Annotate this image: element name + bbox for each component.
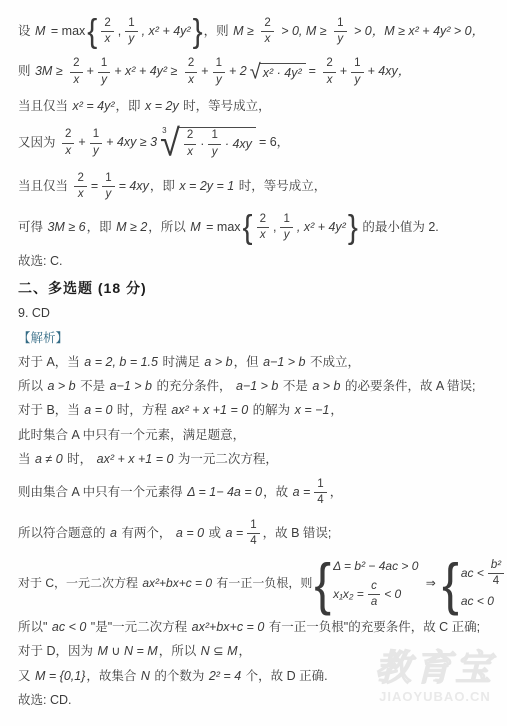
text-run: 二、多选题 (18 分) bbox=[18, 280, 147, 296]
brace-right: } bbox=[348, 212, 358, 242]
math-run: N bbox=[140, 669, 151, 683]
text-run: ，则 bbox=[204, 24, 232, 38]
math-run: a−1 > b bbox=[109, 379, 153, 393]
math-fraction: 1y bbox=[351, 57, 363, 86]
line-equality-condition-2: 当且仅当 2x=1y= 4xy，即 x = 2y = 1 时，等号成立， bbox=[18, 172, 501, 201]
brace-right: } bbox=[193, 17, 203, 47]
text-run: 故选: CD. bbox=[18, 693, 71, 707]
math-run: + x² + 4y² ≥ bbox=[113, 64, 182, 78]
math-run: + 4xy ≥ 3 bbox=[105, 135, 158, 149]
math-run: ax² + x +1 = 0 bbox=[96, 452, 175, 466]
math-fraction: 1y bbox=[125, 17, 137, 46]
math-run: ac < 0 bbox=[460, 594, 495, 608]
math-run: a bbox=[109, 526, 118, 540]
cases-brace-icon: { bbox=[314, 558, 331, 610]
text-run: 有两个， bbox=[118, 526, 175, 540]
text-run: ，即 bbox=[116, 99, 144, 113]
cases-group: {ac <b²4ac < 0 bbox=[442, 559, 507, 609]
math-fraction: 1y bbox=[98, 57, 110, 86]
math-fraction: 1y bbox=[90, 128, 102, 157]
math-fraction: 2x bbox=[74, 172, 86, 201]
text-run: 为一元二次方程， bbox=[174, 452, 277, 466]
line-option-b-4: 则由集合 A 中只有一个元素得 Δ = 1− 4a = 0，故 a =14， bbox=[18, 478, 501, 507]
cases-row: Δ = b² − 4ac > 0 bbox=[332, 559, 419, 575]
math-fraction: b²4 bbox=[488, 559, 504, 588]
radical: √x² · 4y² bbox=[250, 62, 306, 82]
text-run: 不是 bbox=[279, 379, 311, 393]
text-run: 此时集合 A 中只有一个元素，满足题意， bbox=[18, 428, 245, 442]
text-run: ，即 bbox=[87, 220, 115, 234]
math-run: a > b bbox=[311, 379, 341, 393]
text-run: 又 bbox=[18, 669, 34, 683]
text-run: 不是 bbox=[77, 379, 109, 393]
text-run: 又因为 bbox=[18, 135, 59, 149]
text-run: 有一正一负根"的充要条件，故 C 正确; bbox=[265, 620, 480, 634]
text-run: ，所以 bbox=[148, 220, 189, 234]
text-run: "是"一元二次方程 bbox=[87, 620, 190, 634]
cases-brace-icon: { bbox=[442, 558, 459, 610]
cases-row: ac < 0 bbox=[460, 594, 507, 610]
math-run: M bbox=[34, 24, 46, 38]
solution-content: 设 M = max{2x,1y, x² + 4y²}，则 M ≥ 2x > 0,… bbox=[18, 17, 501, 708]
math-run: = max bbox=[202, 220, 242, 234]
text-run: ， bbox=[239, 644, 252, 658]
math-fraction: 1y bbox=[213, 57, 225, 86]
document-page: 设 M = max{2x,1y, x² + 4y²}，则 M ≥ 2x > 0,… bbox=[0, 0, 507, 726]
text-run: ， bbox=[330, 403, 343, 417]
math-run: + bbox=[339, 64, 348, 78]
math-fraction: 14 bbox=[247, 519, 259, 548]
math-run: < 0 bbox=[383, 587, 402, 601]
text-run: 则由集合 A 中只有一个元素得 bbox=[18, 485, 186, 499]
math-run: 3M ≥ 6 bbox=[46, 220, 86, 234]
text-run: 对于 A，当 bbox=[18, 355, 83, 369]
text-run: 所以" bbox=[18, 620, 51, 634]
text-run: 则 bbox=[18, 64, 34, 78]
math-run: a−1 > b bbox=[262, 355, 306, 369]
math-run: M ≥ 2 bbox=[115, 220, 148, 234]
line-option-d-1: 对于 D，因为 M ∪ N = M，所以 N ⊆ M， bbox=[18, 643, 501, 659]
math-run: = max bbox=[46, 24, 86, 38]
math-run: 2² = 4 bbox=[208, 669, 242, 683]
math-run: , bbox=[272, 220, 277, 234]
text-run: ，故集合 bbox=[86, 669, 139, 683]
math-run: a ≠ 0 bbox=[34, 452, 64, 466]
math-run: a > b bbox=[203, 355, 233, 369]
math-fraction: 2x bbox=[101, 17, 113, 46]
heading-section-2: 二、多选题 (18 分) bbox=[18, 279, 501, 297]
math-run: a > b bbox=[46, 379, 76, 393]
text-run: 的个数为 bbox=[151, 669, 208, 683]
math-run: a = 0 bbox=[83, 403, 113, 417]
text-run: 时， bbox=[64, 452, 96, 466]
text-run: 对于 B，当 bbox=[18, 403, 83, 417]
line-min-value-conclusion: 可得 3M ≥ 6，即 M ≥ 2，所以 M = max{2x,1y, x² +… bbox=[18, 213, 501, 242]
text-run: 【解析】 bbox=[18, 331, 68, 345]
radical-sign: √ bbox=[250, 62, 261, 83]
line-option-b-3: 当 a ≠ 0 时， ax² + x +1 = 0 为一元二次方程， bbox=[18, 451, 501, 467]
math-run: N ⊆ M bbox=[200, 644, 239, 658]
text-run: ，故 bbox=[263, 485, 291, 499]
math-run: > 0, M ≥ bbox=[277, 24, 331, 38]
cases-row: ac <b²4 bbox=[460, 559, 507, 588]
math-fraction: 2x bbox=[185, 57, 197, 86]
math-fraction: 2x bbox=[62, 128, 74, 157]
text-run: 对于 D，因为 bbox=[18, 644, 96, 658]
math-run: ac < bbox=[460, 566, 485, 580]
math-run: + bbox=[86, 64, 95, 78]
radical-sign: √ bbox=[160, 124, 180, 162]
text-run: 当且仅当 bbox=[18, 179, 71, 193]
line-option-a-1: 对于 A，当 a = 2, b = 1.5 时满足 a > b，但 a−1 > … bbox=[18, 354, 501, 370]
math-fraction: 2x bbox=[257, 213, 269, 242]
brace-left: { bbox=[87, 17, 97, 47]
analysis-label: 【解析】 bbox=[18, 330, 501, 346]
line-3m-inequality: 则 3M ≥ 2x+1y+ x² + 4y² ≥ 2x+1y+ 2√x² · 4… bbox=[18, 57, 501, 86]
text-run: 当且仅当 bbox=[18, 99, 71, 113]
text-run: 时，方程 bbox=[113, 403, 170, 417]
math-run: · 4xy bbox=[224, 136, 253, 152]
math-run: a = 0 bbox=[175, 526, 205, 540]
text-run: 的最小值为 2. bbox=[359, 220, 439, 234]
math-fraction: 2x bbox=[261, 17, 273, 46]
text-run: 时满足 bbox=[159, 355, 203, 369]
math-run: > 0，M ≥ x² + 4y² > 0， bbox=[350, 24, 486, 38]
math-run: M bbox=[189, 220, 201, 234]
line-option-c-1: 对于 C，一元二次方程 ax²+bx+c = 0 有一正一负根，则{Δ = b²… bbox=[18, 559, 501, 609]
math-run: M ∪ N = M bbox=[96, 644, 158, 658]
line-option-c-2: 所以" ac < 0 "是"一元二次方程 ax²+bx+c = 0 有一正一负根… bbox=[18, 619, 501, 635]
line-answer-9: 9. CD bbox=[18, 305, 501, 321]
math-run: + bbox=[200, 64, 209, 78]
math-run: = bbox=[308, 64, 321, 78]
text-run: 不成立， bbox=[306, 355, 359, 369]
text-run: 的解为 bbox=[249, 403, 293, 417]
math-run: ⇒ bbox=[421, 576, 440, 590]
math-fraction: 1y bbox=[208, 129, 220, 158]
math-run: , bbox=[117, 24, 122, 38]
math-fraction: 2x bbox=[323, 57, 335, 86]
math-run: a−1 > b bbox=[235, 379, 279, 393]
math-fraction: ca bbox=[368, 580, 380, 609]
math-run: x = 2y = 1 bbox=[178, 179, 235, 193]
radical: 3√2x·1y· 4xy bbox=[160, 125, 256, 161]
text-run: 的充分条件， bbox=[153, 379, 235, 393]
line-equality-condition-1: 当且仅当 x² = 4y²，即 x = 2y 时，等号成立， bbox=[18, 98, 501, 114]
math-run: , x² + 4y² bbox=[141, 24, 192, 38]
text-run: 的必要条件，故 A 错误; bbox=[341, 379, 475, 393]
brace-left: { bbox=[243, 212, 253, 242]
line-option-b-5: 所以符合题意的 a 有两个， a = 0 或 a =14，故 B 错误; bbox=[18, 519, 501, 548]
math-run: a = 2, b = 1.5 bbox=[83, 355, 159, 369]
math-run: Δ = b² − 4ac > 0 bbox=[332, 559, 419, 573]
text-run: 所以符合题意的 bbox=[18, 526, 109, 540]
math-run: = 6， bbox=[258, 135, 290, 149]
math-run: x = −1 bbox=[294, 403, 331, 417]
cases-row: x₁x₂ =ca< 0 bbox=[332, 580, 419, 609]
math-run: M = {0,1} bbox=[34, 669, 86, 683]
math-run: x₁x₂ = bbox=[332, 587, 365, 601]
text-run: 当 bbox=[18, 452, 34, 466]
line-answer-choice-cd: 故选: CD. bbox=[18, 692, 501, 708]
math-fraction: 2x bbox=[184, 129, 196, 158]
math-run: , x² + 4y² bbox=[296, 220, 347, 234]
math-fraction: 1y bbox=[102, 172, 114, 201]
line-option-b-1: 对于 B，当 a = 0 时，方程 ax² + x +1 = 0 的解为 x =… bbox=[18, 402, 501, 418]
math-run: a = bbox=[225, 526, 245, 540]
line-amgm-inequality: 又因为 2x+1y+ 4xy ≥ 33√2x·1y· 4xy= 6， bbox=[18, 125, 501, 161]
math-run: ax²+bx+c = 0 bbox=[191, 620, 266, 634]
line-option-a-2: 所以 a > b 不是 a−1 > b 的充分条件， a−1 > b 不是 a … bbox=[18, 378, 501, 394]
math-run: = bbox=[90, 179, 99, 193]
line-option-d-2: 又 M = {0,1}，故集合 N 的个数为 2² = 4 个，故 D 正确. bbox=[18, 668, 501, 684]
math-run: · bbox=[199, 136, 205, 152]
text-run: 有一正一负根，则 bbox=[213, 576, 312, 590]
math-fraction: 2x bbox=[70, 57, 82, 86]
math-fraction: 1y bbox=[280, 213, 292, 242]
math-fraction: 1y bbox=[334, 17, 346, 46]
text-run: ，但 bbox=[234, 355, 262, 369]
math-run: + 2 bbox=[228, 64, 248, 78]
text-run: ， bbox=[330, 485, 343, 499]
text-run: 时，等号成立， bbox=[180, 99, 271, 113]
cases-group: {Δ = b² − 4ac > 0x₁x₂ =ca< 0 bbox=[314, 559, 419, 609]
math-run: x = 2y bbox=[144, 99, 180, 113]
math-run: + 4xy， bbox=[367, 64, 412, 78]
math-run: ax²+bx+c = 0 bbox=[141, 576, 213, 590]
math-run: x² · 4y² bbox=[262, 65, 303, 81]
math-run: = 4xy bbox=[118, 179, 150, 193]
line-option-b-2: 此时集合 A 中只有一个元素，满足题意， bbox=[18, 427, 501, 443]
math-run: ac < 0 bbox=[51, 620, 87, 634]
line-max-definition: 设 M = max{2x,1y, x² + 4y²}，则 M ≥ 2x > 0,… bbox=[18, 17, 501, 46]
text-run: 或 bbox=[205, 526, 224, 540]
math-fraction: 14 bbox=[314, 478, 326, 507]
math-run: M ≥ bbox=[232, 24, 258, 38]
text-run: 9. CD bbox=[18, 306, 50, 320]
line-answer-choice-c: 故选: C. bbox=[18, 253, 501, 269]
text-run: ，即 bbox=[150, 179, 178, 193]
text-run: 对于 C，一元二次方程 bbox=[18, 576, 141, 590]
text-run: 故选: C. bbox=[18, 254, 62, 268]
text-run: 个，故 D 正确. bbox=[242, 669, 327, 683]
text-run: 所以 bbox=[18, 379, 46, 393]
math-run: 3M ≥ bbox=[34, 64, 67, 78]
math-run: ax² + x +1 = 0 bbox=[170, 403, 249, 417]
text-run: 设 bbox=[18, 24, 34, 38]
math-run: x² = 4y² bbox=[71, 99, 115, 113]
math-run: Δ = 1− 4a = 0 bbox=[186, 485, 263, 499]
text-run: 可得 bbox=[18, 220, 46, 234]
text-run: 时，等号成立， bbox=[235, 179, 326, 193]
text-run: ，故 B 错误; bbox=[263, 526, 332, 540]
math-run: + bbox=[77, 135, 86, 149]
math-run: a = bbox=[292, 485, 312, 499]
text-run: ，所以 bbox=[159, 644, 200, 658]
